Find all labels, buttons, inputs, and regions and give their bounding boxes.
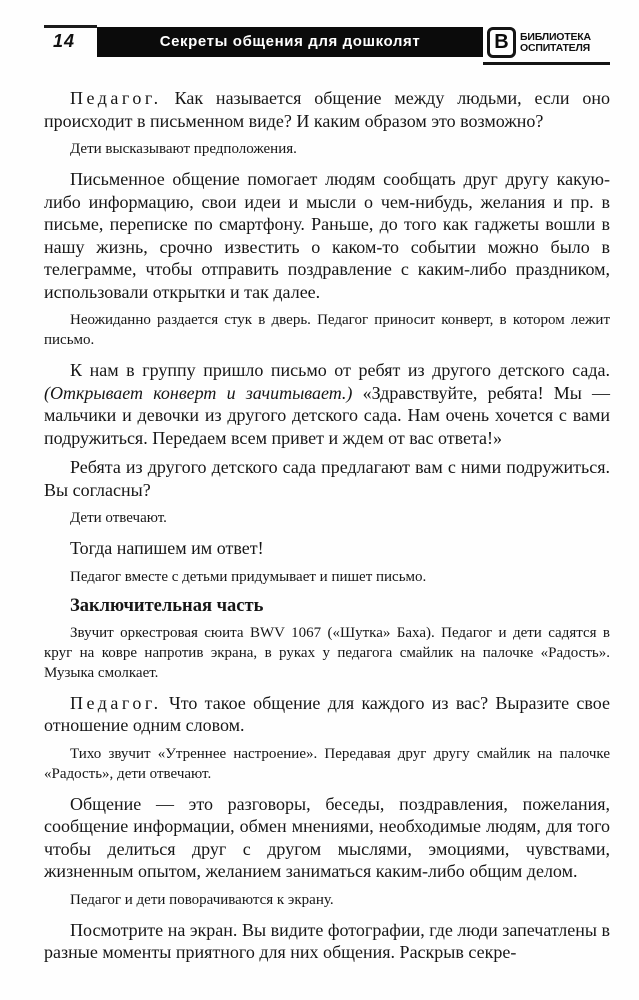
speech-paragraph: Педагог. Как называется общение между лю… xyxy=(44,87,610,132)
stage-direction: Дети высказывают предположения. xyxy=(44,139,610,159)
logo-text-line2: ОСПИТАТЕЛЯ xyxy=(520,43,591,54)
logo-initial-badge: В xyxy=(487,27,516,58)
paragraph-lead: К нам в группу пришло письмо от ребят из… xyxy=(70,360,610,380)
body-paragraph: Письменное общение помогает людям сообща… xyxy=(44,168,610,303)
page-body: Педагог. Как называется общение между лю… xyxy=(44,87,610,964)
stage-direction: Неожиданно раздается стук в дверь. Педаг… xyxy=(44,310,610,350)
page-number: 14 xyxy=(44,25,97,52)
page-header: 14 Секреты общения для дошколят В БИБЛИО… xyxy=(44,25,610,61)
speaker-label: Педагог. xyxy=(70,693,162,713)
stage-direction: Дети отвечают. xyxy=(44,508,610,528)
body-paragraph: Посмотрите на экран. Вы видите фотографи… xyxy=(44,919,610,964)
section-heading: Заключительная часть xyxy=(44,596,610,617)
speech-paragraph: Педагог. Что такое общение для каждого и… xyxy=(44,692,610,737)
inline-stage-direction: (Открывает конверт и зачитывает.) xyxy=(44,383,352,403)
body-paragraph: Общение — это разговоры, беседы, поздрав… xyxy=(44,793,610,883)
publisher-logo: В БИБЛИОТЕКА ОСПИТАТЕЛЯ xyxy=(483,25,610,65)
stage-direction: Педагог вместе с детьми придумывает и пи… xyxy=(44,567,610,587)
speaker-label: Педагог. xyxy=(70,88,162,108)
logo-text: БИБЛИОТЕКА ОСПИТАТЕЛЯ xyxy=(520,32,591,54)
stage-direction: Тихо звучит «Утреннее настроение». Перед… xyxy=(44,744,610,784)
stage-direction: Педагог и дети поворачиваются к экрану. xyxy=(44,890,610,910)
body-paragraph-with-aside: К нам в группу пришло письмо от ребят из… xyxy=(44,359,610,449)
logo-text-line1: БИБЛИОТЕКА xyxy=(520,32,591,43)
body-paragraph: Тогда напишем им ответ! xyxy=(44,537,610,560)
book-page: 14 Секреты общения для дошколят В БИБЛИО… xyxy=(0,0,639,1000)
stage-direction: Звучит оркестровая сюита BWV 1067 («Шутк… xyxy=(44,623,610,683)
body-paragraph: Ребята из другого детского сада предлага… xyxy=(44,456,610,501)
running-title: Секреты общения для дошколят xyxy=(97,27,483,57)
